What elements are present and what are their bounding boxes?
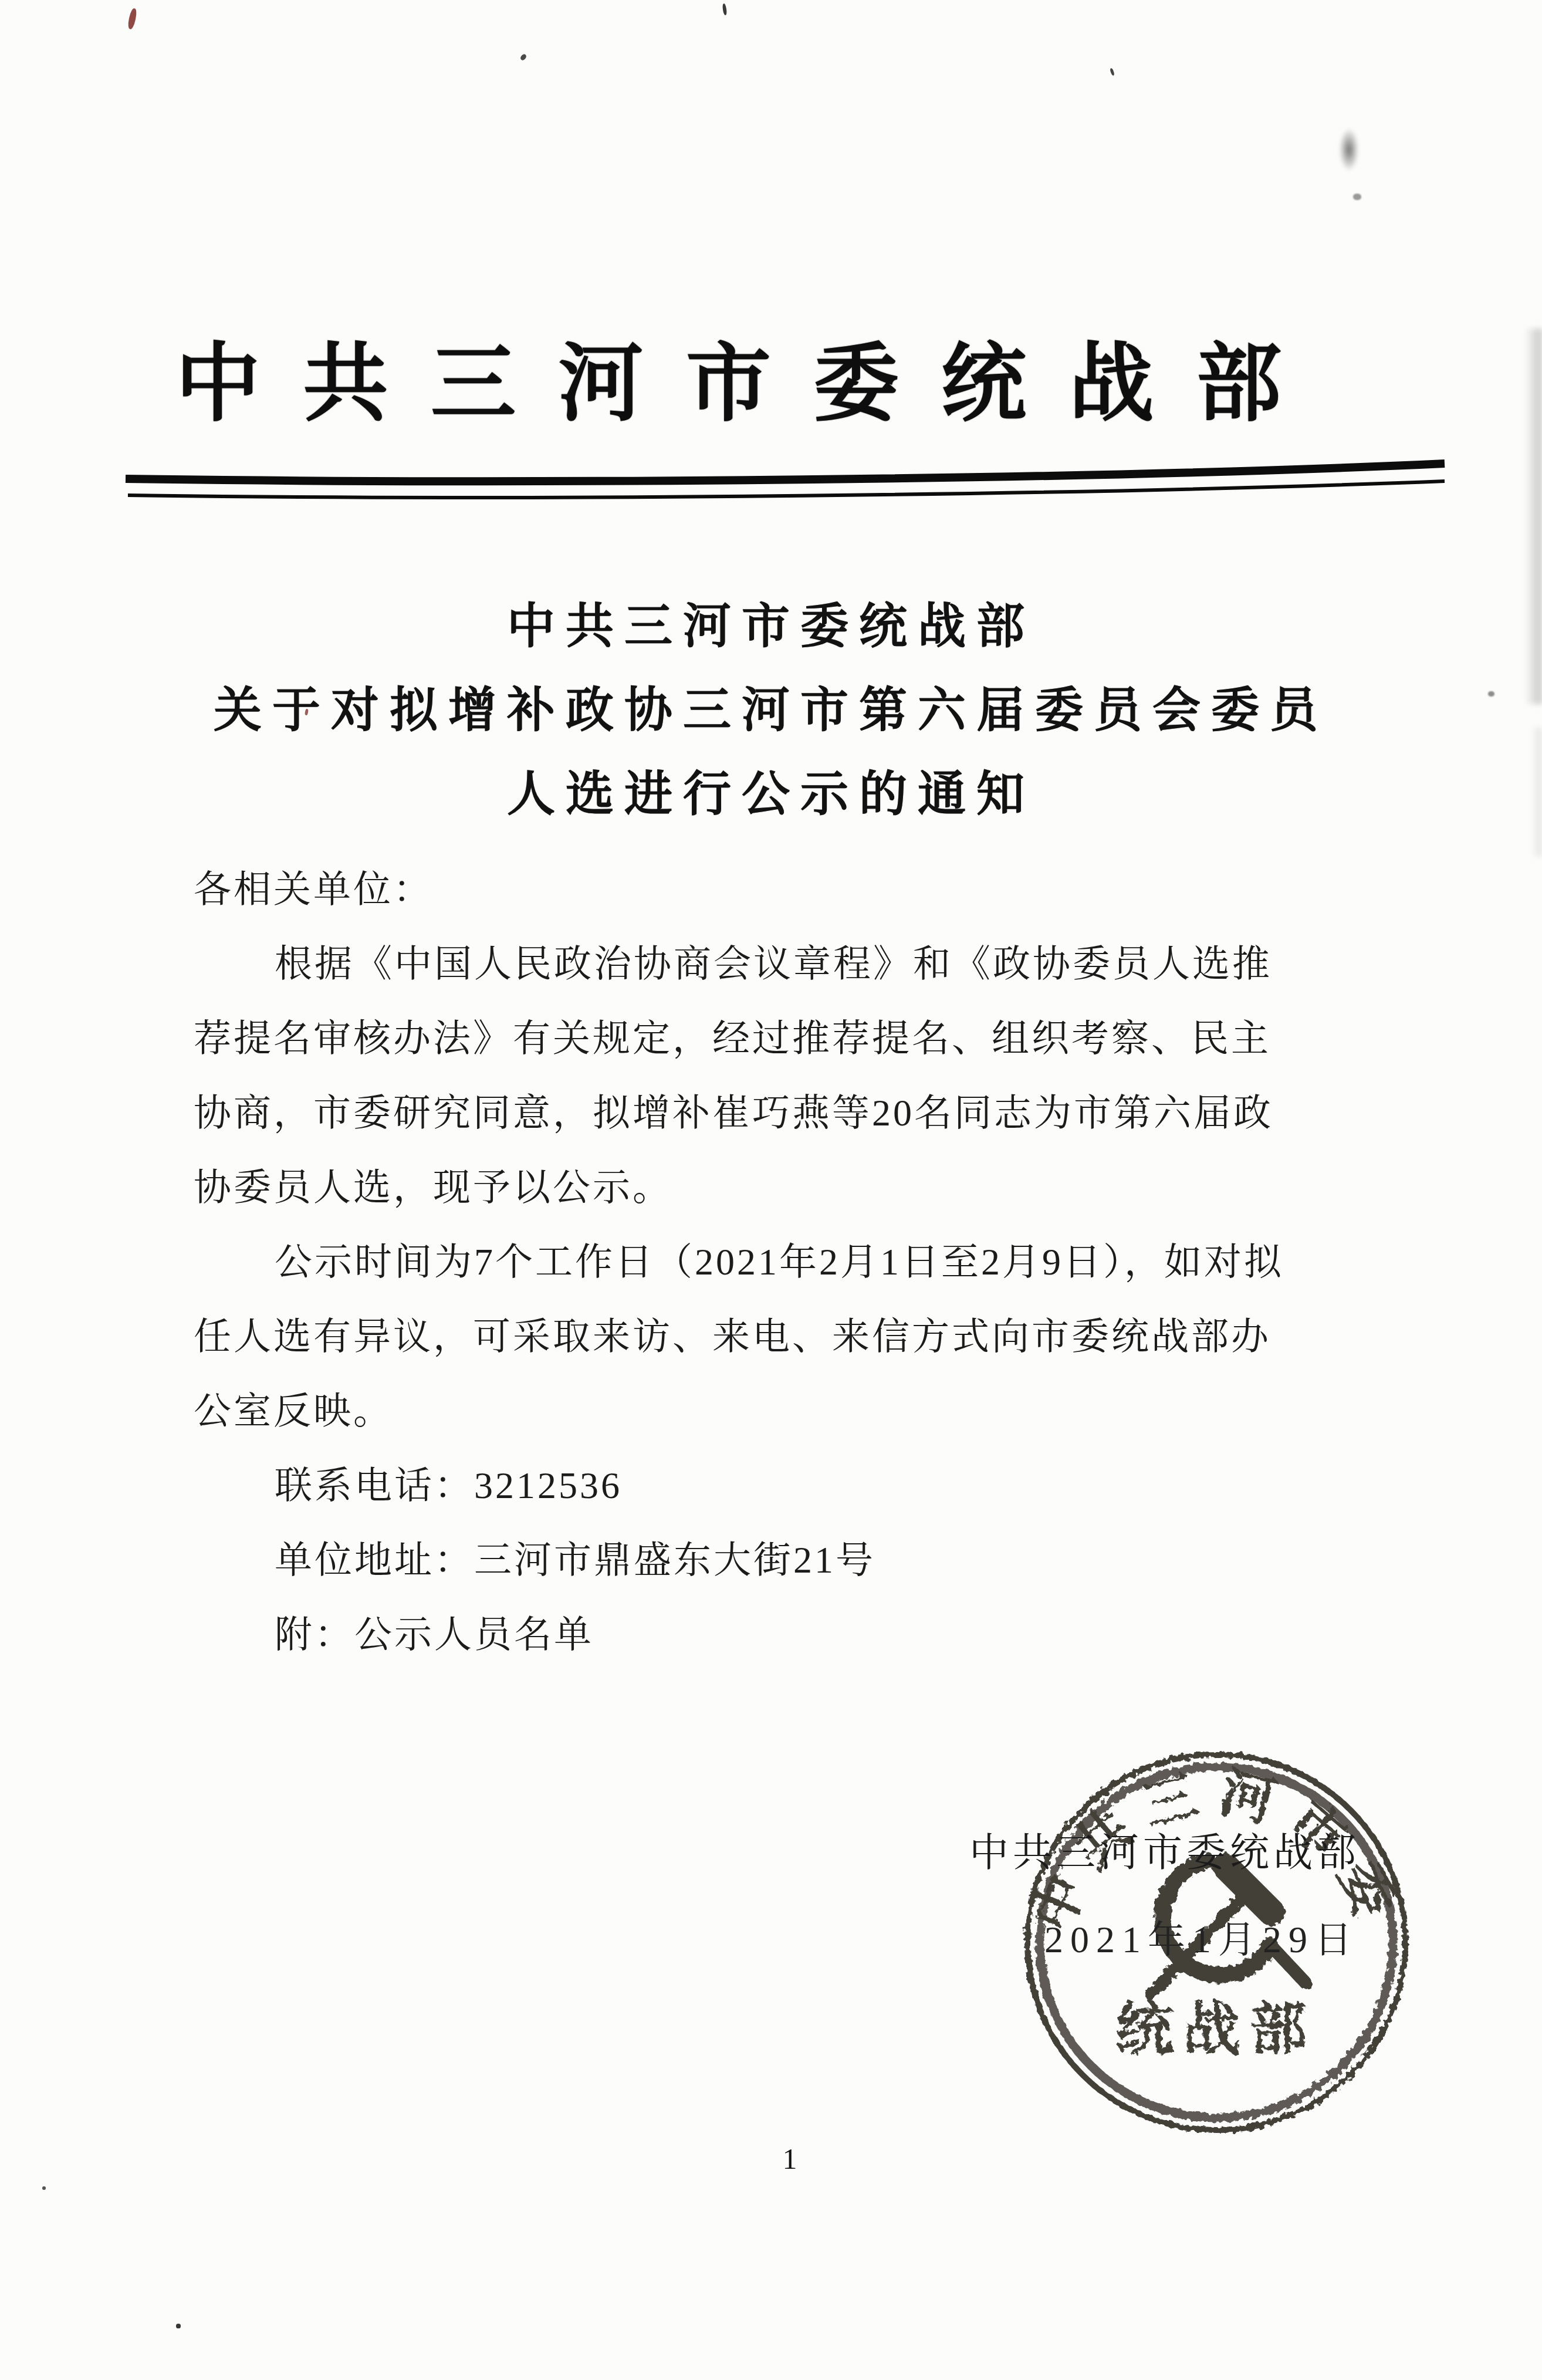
letterhead-divider bbox=[0, 435, 1542, 518]
scan-edge-shadow bbox=[1531, 728, 1542, 857]
org-address-line: 单位地址：三河市鼎盛东大街21号 bbox=[194, 1523, 1367, 1597]
title-line-2: 关于对拟增补政协三河市第六届委员会委员 bbox=[0, 668, 1542, 752]
scanned-document-page: 中共三河市委统战部 中共三河市委统战部 关于对拟增补政协三河市第六届委员会委员 … bbox=[0, 0, 1542, 2380]
scan-smudge bbox=[1339, 128, 1359, 171]
seal-bottom-text: 统战部 bbox=[1116, 1996, 1317, 2063]
body-line: 任人选有异议，可采取来访、来电、来信方式向市委统战部办 bbox=[194, 1299, 1367, 1374]
body-line: 公室反映。 bbox=[194, 1374, 1367, 1448]
salutation: 各相关单位： bbox=[194, 852, 1367, 927]
page-number: 1 bbox=[763, 2142, 817, 2176]
signature-org: 中共三河市委统战部 bbox=[969, 1821, 1360, 1878]
scan-speckle bbox=[722, 4, 728, 16]
scan-speckle bbox=[176, 2324, 181, 2328]
document-title: 中共三河市委统战部 关于对拟增补政协三河市第六届委员会委员 人选进行公示的通知 bbox=[0, 584, 1542, 836]
scan-speckle bbox=[127, 8, 137, 30]
scan-edge-shadow bbox=[1524, 329, 1542, 704]
scan-speckle bbox=[42, 2186, 46, 2190]
scan-speckle bbox=[1110, 68, 1115, 76]
letterhead: 中共三河市委统战部 bbox=[0, 316, 1542, 438]
scan-speckle bbox=[519, 53, 527, 62]
body-line: 公示时间为7个工作日（2021年2月1日至2月9日），如对拟 bbox=[194, 1225, 1367, 1299]
scan-speckle bbox=[1353, 194, 1361, 200]
scan-speckle bbox=[1488, 691, 1494, 697]
document-body: 各相关单位： 根据《中国人民政治协商会议章程》和《政协委员人选推 荐提名审核办法… bbox=[194, 852, 1367, 1672]
body-line: 协委员人选，现予以公示。 bbox=[194, 1150, 1367, 1225]
body-line: 协商，市委研究同意，拟增补崔巧燕等20名同志为市第六届政 bbox=[194, 1076, 1367, 1150]
title-line-3: 人选进行公示的通知 bbox=[0, 752, 1542, 836]
letterhead-org-name: 中共三河市委统战部 bbox=[175, 316, 1324, 438]
attachment-note-line: 附：公示人员名单 bbox=[194, 1597, 1367, 1672]
signature-date: 2021年1月29日 bbox=[1044, 1909, 1359, 1963]
contact-phone-line: 联系电话：3212536 bbox=[194, 1448, 1367, 1523]
title-line-1: 中共三河市委统战部 bbox=[0, 584, 1542, 668]
body-line: 荐提名审核办法》有关规定，经过推荐提名、组织考察、民主 bbox=[194, 1001, 1367, 1076]
body-line: 根据《中国人民政治协商会议章程》和《政协委员人选推 bbox=[194, 927, 1367, 1001]
